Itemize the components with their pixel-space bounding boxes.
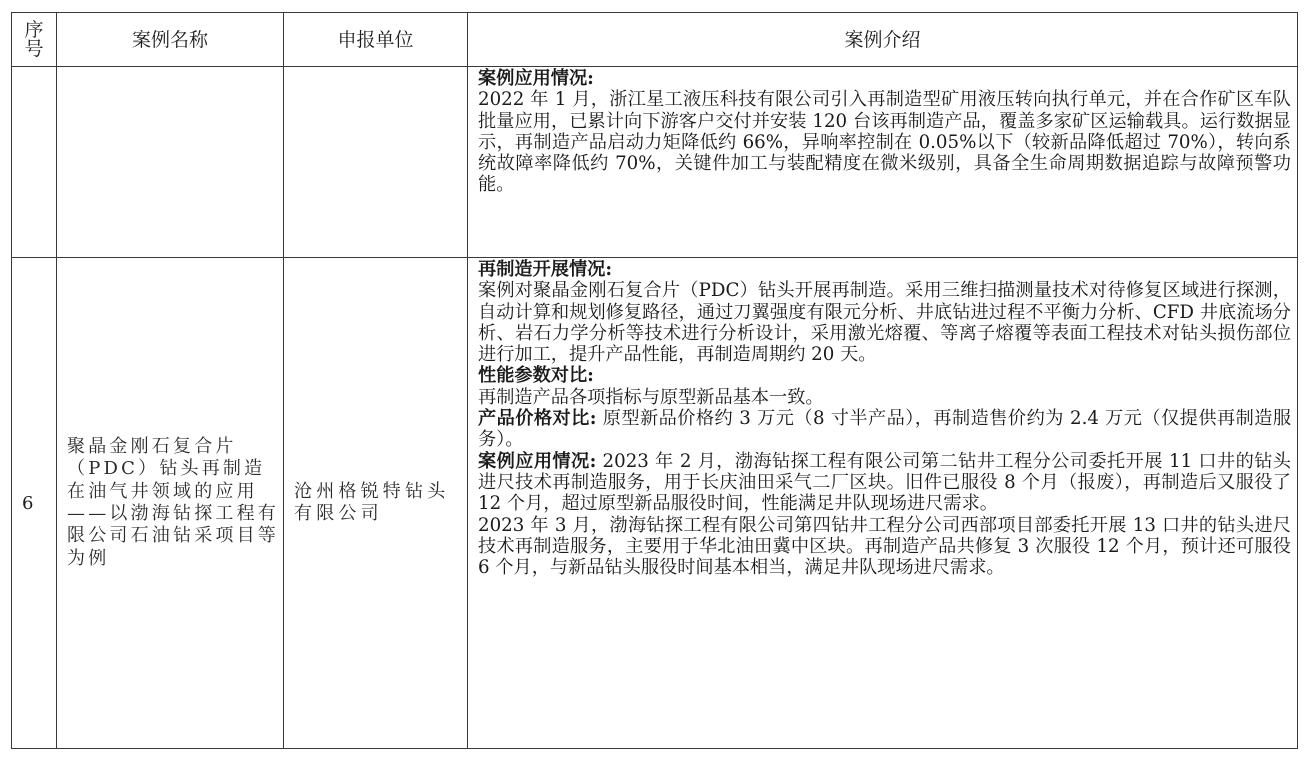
- cell-case-name: 聚晶金刚石复合片（PDC）钻头再制造在油气井领域的应用——以渤海钻探工程有限公司…: [57, 258, 284, 749]
- intro-paragraph: 再制造开展情况:: [478, 259, 1291, 280]
- header-case-name: 案例名称: [57, 13, 284, 67]
- cell-case-name: [57, 67, 284, 258]
- section-label: 案例应用情况:: [478, 68, 594, 89]
- intro-paragraph: 2022 年 1 月，浙江星工液压科技有限公司引入再制造型矿用液压转向执行单元，…: [478, 89, 1291, 195]
- section-label: 再制造开展情况:: [478, 259, 612, 280]
- table-header-row: 序号 案例名称 申报单位 案例介绍: [12, 13, 1298, 67]
- intro-paragraph: 2023 年 3 月，渤海钻探工程有限公司第四钻井工程分公司西部项目部委托开展 …: [478, 515, 1291, 579]
- cell-seq: 6: [12, 258, 57, 749]
- cell-case-intro: 案例应用情况: 2022 年 1 月，浙江星工液压科技有限公司引入再制造型矿用液…: [468, 67, 1298, 258]
- intro-paragraph: 案例应用情况: 2023 年 2 月，渤海钻探工程有限公司第二钻井工程分公司委托…: [478, 451, 1291, 515]
- intro-paragraph: 再制造产品各项指标与原型新品基本一致。: [478, 387, 1291, 408]
- section-label: 产品价格对比:: [478, 408, 596, 429]
- section-label: 案例应用情况:: [478, 451, 596, 472]
- intro-paragraph: 案例对聚晶金刚石复合片（PDC）钻头开展再制造。采用三维扫描测量技术对待修复区域…: [478, 280, 1291, 365]
- header-reporting-unit: 申报单位: [284, 13, 468, 67]
- header-case-intro: 案例介绍: [468, 13, 1298, 67]
- table-row: 6 聚晶金刚石复合片（PDC）钻头再制造在油气井领域的应用——以渤海钻探工程有限…: [12, 258, 1298, 749]
- intro-paragraph: 性能参数对比:: [478, 365, 1291, 386]
- section-label: 性能参数对比:: [478, 365, 594, 386]
- table-row: 案例应用情况: 2022 年 1 月，浙江星工液压科技有限公司引入再制造型矿用液…: [12, 67, 1298, 258]
- case-table: 序号 案例名称 申报单位 案例介绍 案例应用情况: 2022 年 1 月，浙江星…: [11, 12, 1298, 749]
- intro-paragraph: 产品价格对比: 原型新品价格约 3 万元（8 寸半产品），再制造售价约为 2.4…: [478, 408, 1291, 451]
- header-seq: 序号: [12, 13, 57, 67]
- cell-case-intro: 再制造开展情况: 案例对聚晶金刚石复合片（PDC）钻头开展再制造。采用三维扫描测…: [468, 258, 1298, 749]
- cell-reporting-unit: 沧州格锐特钻头有限公司: [284, 258, 468, 749]
- cell-seq: [12, 67, 57, 258]
- intro-paragraph: 案例应用情况:: [478, 68, 1291, 89]
- cell-reporting-unit: [284, 67, 468, 258]
